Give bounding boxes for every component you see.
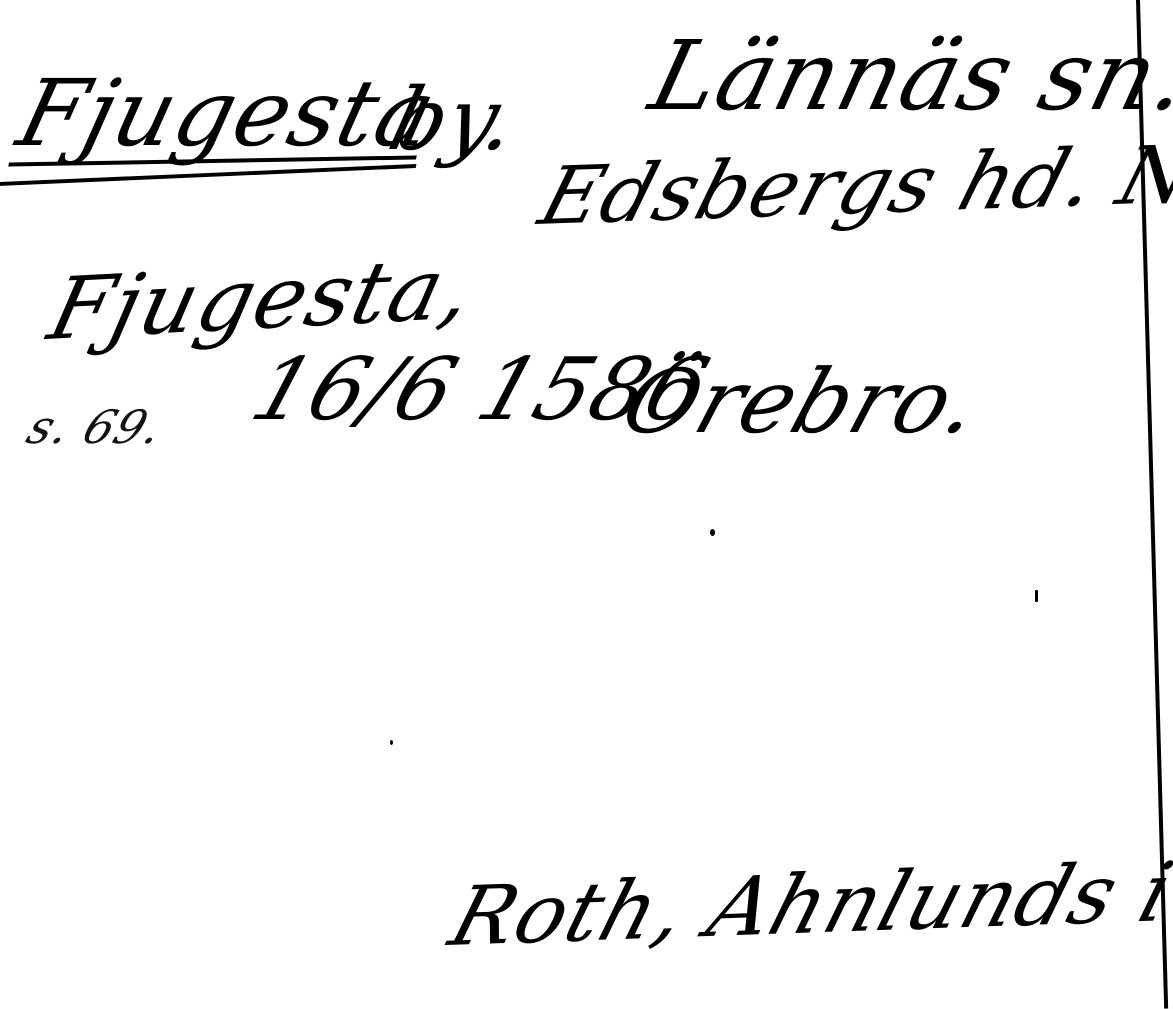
parish-text: Lännäs — [640, 20, 1025, 132]
district-name: Edsbergs hd. Nrk. — [530, 124, 1173, 243]
archival-card: Fjugesta by. Lännäs sn. Edsbergs hd. Nrk… — [0, 0, 1173, 1009]
parish-suffix: sn. — [1029, 20, 1173, 132]
headword: Fjugesta — [8, 60, 447, 167]
parish-name: Lännäs sn. — [640, 20, 1173, 132]
signature: Roth, Ahnlunds i Nrk. — [440, 838, 1173, 965]
settlement-type: by. — [380, 70, 527, 170]
headword-text: Fjugesta — [8, 60, 447, 167]
ink-speck — [710, 529, 715, 536]
page-reference: s. 69. — [20, 400, 172, 454]
source-location: Örebro. — [610, 350, 995, 453]
ink-speck — [1035, 590, 1038, 602]
headword-double-underline — [0, 164, 416, 186]
ink-speck — [390, 740, 393, 745]
